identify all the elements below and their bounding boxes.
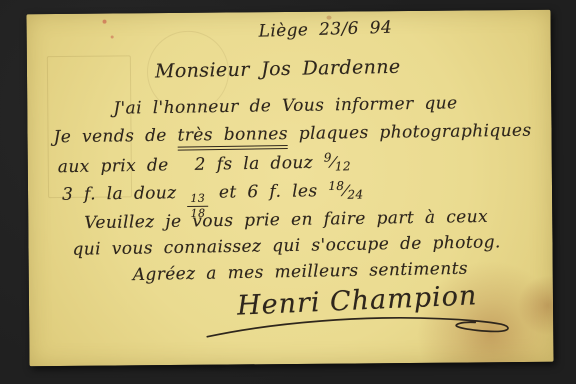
- body-line-3: aux prix de2 fs la douz 9⁄12: [58, 150, 352, 178]
- price-2: 3 f. la douz: [62, 183, 177, 205]
- signature-flourish-underline: [205, 306, 535, 343]
- plate-size-fraction-9-12: 9⁄12: [324, 152, 351, 172]
- paper-speck: [103, 20, 107, 24]
- body-line-2-start: Je vends de: [53, 126, 177, 148]
- body-line-6: qui vous connaissez qui s'occupe de phot…: [72, 232, 501, 259]
- salutation: Monsieur Jos Dardenne: [155, 56, 401, 83]
- closing-line: Agréez a mes meilleurs sentiments: [133, 259, 469, 285]
- body-line-2-end: plaques photographiques: [288, 121, 532, 144]
- body-line-1: J'ai l'honneur de Vous informer que: [113, 93, 457, 118]
- price-intro: aux prix de: [58, 155, 169, 177]
- paper-speck: [111, 36, 114, 39]
- price-1: 2 fs la douz: [194, 153, 313, 175]
- plate-size-fraction-18-24: 18⁄24: [328, 181, 363, 201]
- date-line: Liège 23/6 94: [258, 18, 392, 42]
- underlined-phrase: très bonnes: [177, 124, 288, 151]
- price-3: et 6 f. les: [219, 181, 318, 202]
- postcard: Liège 23/6 94 Monsieur Jos Dardenne J'ai…: [26, 10, 553, 367]
